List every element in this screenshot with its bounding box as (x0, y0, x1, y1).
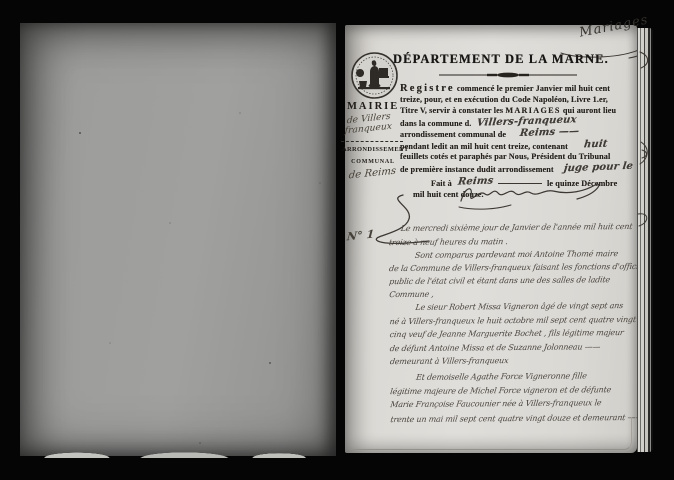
handwritten-feuillets-count: huit (583, 138, 608, 150)
official-seal-icon (350, 51, 399, 100)
book-scan: Mariages DÉPARTEMENT DE LA MARNE. Regist… (0, 0, 674, 480)
book-fore-edge (637, 28, 653, 452)
margin-divider-dashes (341, 141, 403, 142)
printed-text: pendant ledit an mil huit cent treize, c… (400, 142, 568, 151)
printed-text: dans la commune d. (400, 119, 471, 128)
page-deckle-edge (20, 440, 336, 458)
mariages-word: MARIAGES (505, 106, 560, 115)
handwritten-arrondissement: Reims —— (519, 126, 580, 139)
handwritten-line: de défunt Antoine Missa et de Suzanne Jo… (389, 342, 601, 353)
printed-line-1: Registre commencé le premier Janvier mil… (400, 83, 610, 94)
handwritten-line: Le mercredi sixième jour de Janvier de l… (400, 222, 633, 233)
underlying-page-edge (353, 417, 632, 450)
communal-label: COMMUNAL (347, 159, 399, 165)
handwritten-addition: juge pour le (563, 160, 633, 173)
left-blank-page (20, 23, 336, 456)
ornament-divider (439, 70, 577, 80)
handwritten-line: demeurant à Villers-franqueux (389, 356, 509, 366)
handwritten-line: Marie Françoise Faucounier née à Villers… (390, 398, 602, 409)
handwritten-line: Le sieur Robert Missa Vigneron âgé de vi… (415, 301, 624, 312)
handwritten-line: Et demoiselle Agathe Force Vigneronne fi… (415, 371, 587, 382)
arrondissement-label: ARRONDISSEMENT (342, 146, 404, 153)
fore-edge-ink-mark (638, 50, 652, 70)
printed-text: arrondissement communal de (400, 130, 506, 139)
printed-line-3: Titre V, servir à constater les MARIAGES… (400, 106, 616, 115)
printed-text: commencé le premier Janvier mil huit cen… (455, 84, 610, 93)
mairie-label: MAIRIE (347, 101, 399, 112)
handwritten-line: cinq veuf de Jeanne Marguerite Bochet , … (389, 328, 624, 339)
printed-text: Titre V, servir à constater les (400, 106, 505, 115)
handwritten-line: Sont comparus pardevant moi Antoine Thom… (414, 249, 618, 260)
printed-line-6: pendant ledit an mil huit cent treize, c… (400, 141, 607, 152)
printed-line-2: treize, pour, et en exécution du Code Na… (400, 95, 608, 104)
arrondissement-handwritten: de Reims (348, 166, 396, 182)
handwritten-line: légitime majeure de Michel Force vignero… (390, 385, 612, 396)
printed-line-7: feuillets cotés et paraphés par Nous, Pr… (400, 152, 610, 161)
fore-edge-ink-mark (636, 210, 652, 228)
printed-line-5: arrondissement communal deReims —— (400, 129, 579, 140)
handwritten-line: treize à neuf heures du matin . (388, 237, 508, 247)
fore-edge-ink-mark (638, 140, 652, 166)
registre-word: Registre (400, 83, 455, 94)
handwritten-line: de la Commune de Villers-franqueux faisa… (389, 262, 648, 273)
printed-text: Fait à (431, 179, 452, 188)
printed-text: de première instance dudit arrondissemen… (400, 165, 554, 174)
handwritten-line: né à Villers-franqueux le huit octobre m… (389, 315, 637, 326)
printed-line-8: de première instance dudit arrondissemen… (400, 164, 633, 175)
signature-flourish (457, 177, 607, 211)
page-title: DÉPARTEMENT DE LA MARNE. (393, 52, 597, 67)
right-register-page: Mariages DÉPARTEMENT DE LA MARNE. Regist… (345, 25, 637, 453)
handwritten-line: public de l'état civil et étant dans une… (389, 275, 611, 286)
handwritten-line: Commune , (389, 290, 435, 299)
